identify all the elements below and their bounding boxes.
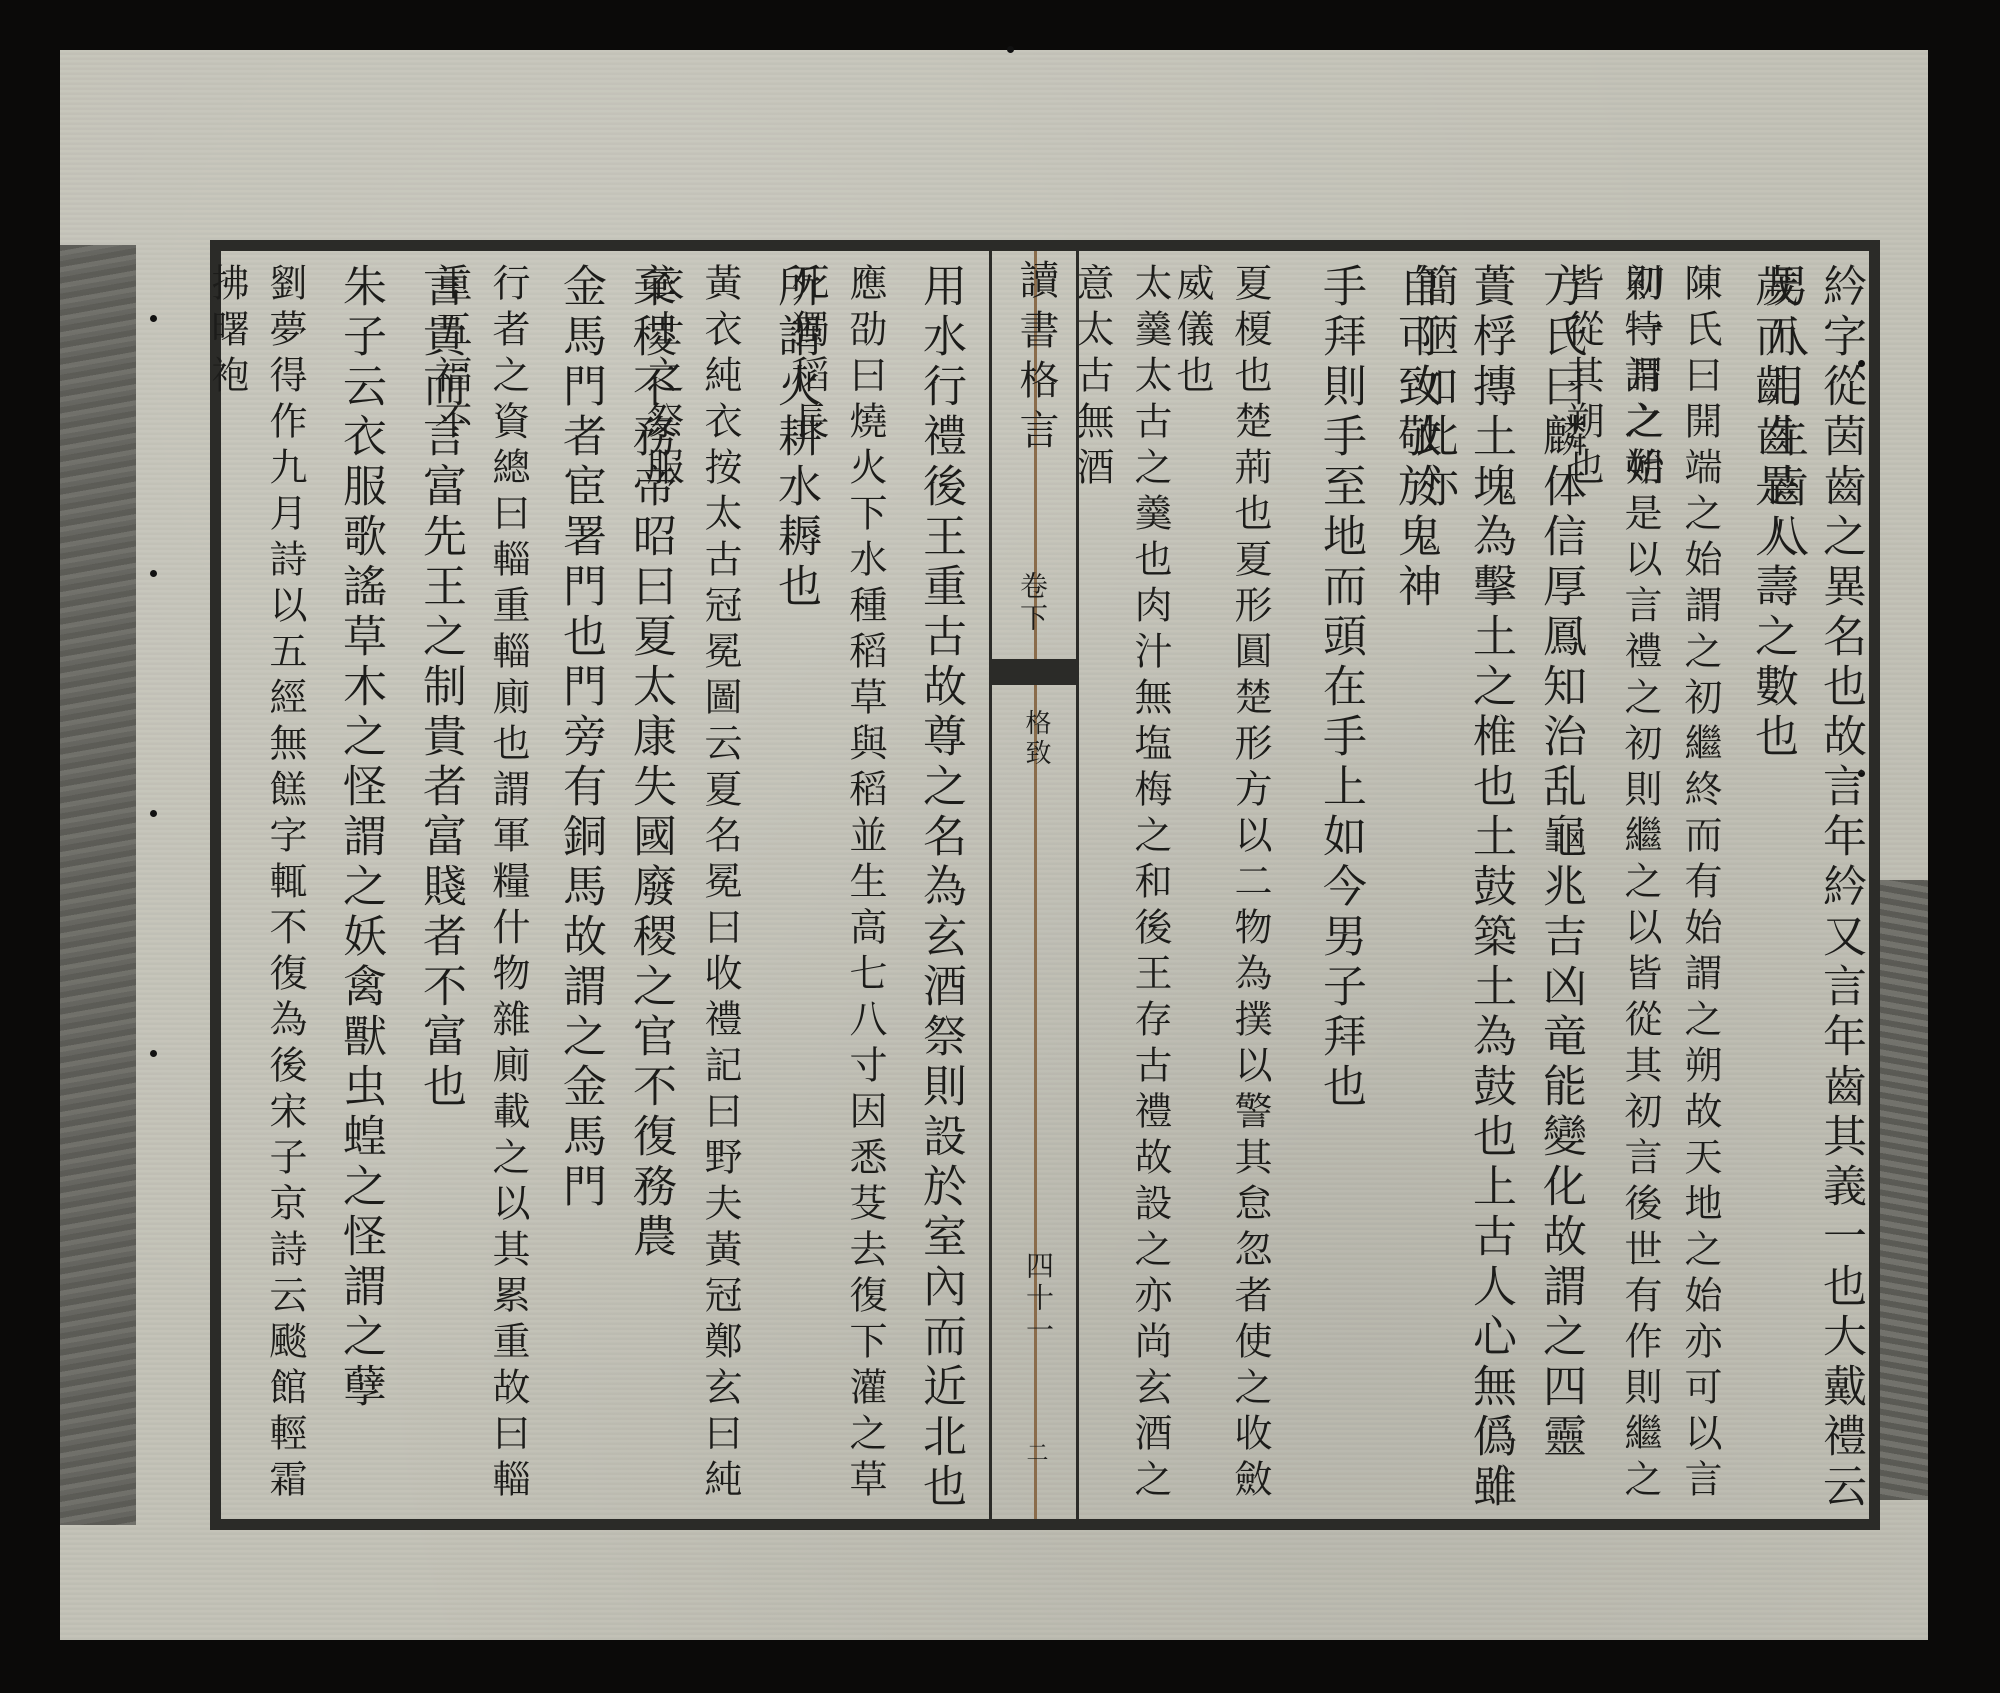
volume-label: 卷下 xyxy=(1012,571,1052,635)
section-label: 格致 xyxy=(1018,709,1055,769)
binding-hole xyxy=(150,315,157,322)
text-column: 歲而齓齒是人壽之數也 xyxy=(1743,263,1801,1528)
fold-notch xyxy=(1007,46,1014,53)
book-title: 讀書格言 xyxy=(1006,259,1066,459)
text-column: 言貴而言富先王之制貴者富賤者不富也 xyxy=(411,263,469,1528)
text-column: 朱子云衣服歌謠草木之怪謂之妖禽獸虫蝗之怪謂之孽 xyxy=(331,263,389,1528)
leaf-mark: 二 xyxy=(1020,1441,1051,1463)
text-column: 紟字從茵齒之異名也故言年紟又言年齒其義一也大戴禮云男八月生齒八 xyxy=(1811,263,1869,1528)
text-column: 所謂火耕水耨也 xyxy=(766,263,824,1528)
binding-hole xyxy=(150,570,157,577)
text-column: 夏榎也楚荊也夏形圓楚形方以二物為撲以警其怠忽者使之收斂威儀也 xyxy=(1221,263,1279,1528)
binding-hole xyxy=(150,810,157,817)
print-frame: 紟字從茵齒之異名也故言年紟又言年齒其義一也大戴禮云男八月生齒八 歲而齓齒是人壽之… xyxy=(210,240,1880,1530)
paper-leaf: 紟字從茵齒之異名也故言年紟又言年齒其義一也大戴禮云男八月生齒八 歲而齓齒是人壽之… xyxy=(60,50,1928,1640)
center-fold-column: 讀書格言 卷下 格致 四十一 二 xyxy=(989,251,1079,1519)
text-column: 劉夢得作九月詩以五經無餻字輒不復為後宋子京詩云颷館輕霜拂曙袍 xyxy=(256,263,314,1528)
text-column: 自可致敬於鬼神 xyxy=(1386,263,1444,1528)
text-column: 棄稷不務帝昭曰夏太康失國廢稷之官不復務農 xyxy=(621,263,679,1528)
text-column: 黃衣純衣按太古冠冕圖云夏名冕曰收禮記曰野夫黃冠鄭玄曰純衣士之祭服 xyxy=(691,263,749,1528)
ink-smudge-left xyxy=(60,245,136,1525)
text-column: 用水行禮後王重古故尊之名為玄酒祭則設於室內而近北也 xyxy=(911,263,969,1528)
text-column: 應劭曰燒火下水種稻草與稻並生高七八寸因悉芟去復下灌之草死獨稻長 xyxy=(836,263,894,1528)
text-column: 手拜則手至地而頭在手上如今男子拜也 xyxy=(1311,263,1369,1528)
text-column: 金馬門者宦署門也門旁有銅馬故謂之金馬門 xyxy=(551,263,609,1528)
text-column: 太羹太古之羹也肉汁無塩梅之和後王存古禮故設之亦尚玄酒之意太古無酒 xyxy=(1121,263,1179,1528)
text-column: 陳氏曰開端之始謂之初繼終而有始謂之朔故天地之始亦可以言初一月之始 xyxy=(1671,263,1729,1528)
text-column: 則特謂之朔是以言禮之初則繼之以皆從其初言後世有作則繼之皆從其朔也 xyxy=(1611,263,1669,1528)
text-column: 行者之資總曰輜重輜廁也謂軍糧什物雜廁載之以其累重故曰輜重五福不 xyxy=(479,263,537,1528)
text-column: 蕢桴摶土塊為擊土之椎也土鼓築土為鼓也上古人心無僞雖簡陋如此亦 xyxy=(1461,263,1519,1528)
page-number: 四十一 xyxy=(1018,1251,1058,1347)
fishtail-mark xyxy=(989,659,1079,685)
text-column: 方氏曰麟体信厚鳳知治乱龜兆吉凶竜能變化故謂之四靈 xyxy=(1531,263,1589,1528)
binding-hole xyxy=(150,1050,157,1057)
ink-smudge-right xyxy=(1880,880,1928,1500)
